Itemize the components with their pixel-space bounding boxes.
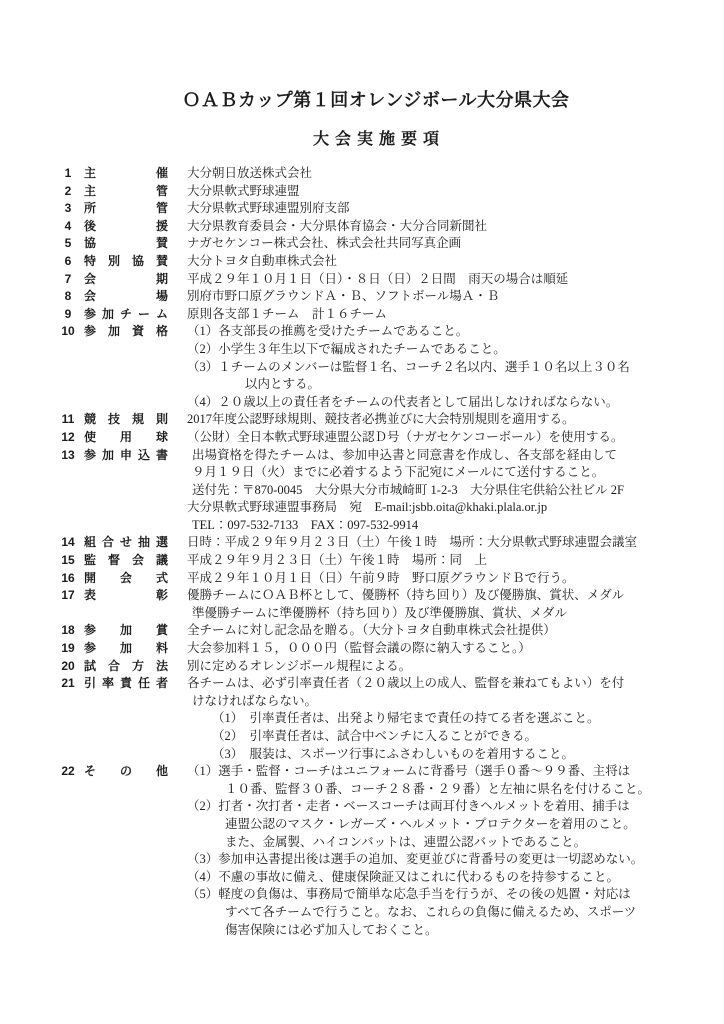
item-number: 6: [56, 253, 80, 271]
item-label: 開会式: [84, 570, 168, 588]
item-number: 3: [56, 200, 80, 218]
item-row: 8会場別府市野口原グラウンドＡ・Ｂ、ソフトボール場Ａ・Ｂ: [56, 288, 696, 306]
item-row: 3所管大分県軟式野球連盟別府支部: [56, 200, 696, 218]
item-text-line: 別に定めるオレンジボール規程による。: [187, 658, 411, 676]
item-number: 22: [56, 763, 80, 781]
item-continuation-row: ９月１９日（火）までに必着するよう下記宛にメールにて送付すること。: [56, 464, 696, 482]
item-continuation-row: （3） 服装は、スポーツ行事にふさわしいものを着用すること。: [56, 746, 696, 764]
item-text-line: TEL：097-532-7133 FAX：097-532-9914: [187, 517, 418, 535]
item-text-line: また、金属製、ハイコンバットは、連盟公認バットであること。: [187, 834, 586, 852]
item-number: 5: [56, 235, 80, 253]
item-text-line: 大分県軟式野球連盟別府支部: [187, 200, 350, 218]
item-text-line: １０番、監督３０番、コーチ２８番・２９番）と左袖に県名を付けること。: [187, 781, 650, 799]
item-label: 会期: [84, 271, 168, 289]
document-page: ＯＡＢカップ第１回オレンジボール大分県大会 大会実施要項 1主催大分朝日放送株式…: [0, 0, 724, 1024]
item-row: 19参加料大会参加料１５，０００円（監督会議の際に納入すること。）: [56, 640, 696, 658]
item-text-line: （3） 服装は、スポーツ行事にふさわしいものを着用すること。: [187, 746, 574, 764]
item-text-line: 連盟公認のマスク・レガーズ・ヘルメット・プロテクターを着用のこと。: [187, 816, 636, 834]
item-text-line: （4）不慮の事故に備え、健康保険証又はこれに代わるものを持参すること。: [187, 869, 619, 887]
item-text-line: 傷害保険には必ず加入しておくこと。: [187, 922, 438, 940]
item-continuation-row: 以内とする。: [56, 376, 696, 394]
item-text-line: （2）打者・次打者・走者・ベースコーチは両耳付きヘルメットを着用、捕手は: [187, 798, 630, 816]
item-text-line: （3）１チームのメンバーは監督１名、コーチ２名以内、選手１０名以上３０名: [187, 359, 630, 377]
item-number: 11: [56, 411, 80, 429]
item-continuation-row: TEL：097-532-7133 FAX：097-532-9914: [56, 517, 696, 535]
item-label: 試合方法: [84, 658, 168, 676]
item-text-line: （5）軽度の負傷は、事務局で簡単な応急手当を行うが、その後の処置・対応は: [187, 886, 631, 904]
item-continuation-row: （5）軽度の負傷は、事務局で簡単な応急手当を行うが、その後の処置・対応は: [56, 886, 696, 904]
item-text-line: すべて各チームで行うこと。なお、これらの負傷に備えるため、スポーツ: [187, 904, 636, 922]
item-label: 使用球: [84, 429, 168, 447]
item-text-line: 平成２９年１０月１日（日）・８日（日）２日間 雨天の場合は順延: [187, 271, 568, 289]
item-continuation-row: （4）２０歳以上の責任者をチームの代表者として届出しなければならない。: [56, 394, 696, 412]
item-continuation-row: （2）小学生３年生以下で編成されたチームであること。: [56, 341, 696, 359]
item-number: 20: [56, 658, 80, 676]
item-row: 2主管大分県軟式野球連盟: [56, 183, 696, 201]
item-row: 21引率責任者各チームは、必ず引率責任者（２０歳以上の成人、監督を兼ねてもよい）…: [56, 675, 696, 693]
item-row: 13参加申込書出場資格を得たチームは、参加申込書と同意書を作成し、各支部を経由し…: [56, 447, 696, 465]
item-text-line: 大分県軟式野球連盟: [187, 183, 300, 201]
item-text-line: 別府市野口原グラウンドＡ・Ｂ、ソフトボール場Ａ・Ｂ: [187, 288, 499, 306]
item-text-line: 優勝チームにＯＡＢ杯として、優勝杯（持ち回り）及び優勝旗、賞状、メダル: [187, 587, 624, 605]
item-text-line: 日時：平成２９年９月２３日（土）午後１時 場所：大分県軟式野球連盟会議室: [187, 534, 637, 552]
item-continuation-row: 準優勝チームに準優勝杯（持ち回り）及び準優勝旗、賞状、メダル: [56, 605, 696, 623]
item-continuation-row: （4）不慮の事故に備え、健康保険証又はこれに代わるものを持参すること。: [56, 869, 696, 887]
item-text-line: （公財）全日本軟式野球連盟公認Ｄ号（ナガセケンコーボール）を使用する。: [187, 429, 623, 447]
item-number: 10: [56, 323, 80, 341]
document-title: ＯＡＢカップ第１回オレンジボール大分県大会: [56, 90, 696, 110]
item-continuation-row: （1） 引率責任者は、出発より帰宅まで責任の持てる者を選ぶこと。: [56, 710, 696, 728]
item-text-line: 大分トヨタ自動車株式会社: [187, 253, 337, 271]
item-text-line: 平成２９年９月２３日（土）午後１時 場所：同 上: [187, 552, 487, 570]
item-number: 7: [56, 271, 80, 289]
item-text-line: ９月１９日（火）までに必着するよう下記宛にメールにて送付すること。: [187, 464, 604, 482]
item-row: 10参加資格（1）各支部長の推薦を受けたチームであること。: [56, 323, 696, 341]
item-continuation-row: （2）打者・次打者・走者・ベースコーチは両耳付きヘルメットを着用、捕手は: [56, 798, 696, 816]
item-number: 17: [56, 587, 80, 605]
item-row: 14組合せ抽選日時：平成２９年９月２３日（土）午後１時 場所：大分県軟式野球連盟…: [56, 534, 696, 552]
item-continuation-row: （3）１チームのメンバーは監督１名、コーチ２名以内、選手１０名以上３０名: [56, 359, 696, 377]
item-text-line: 出場資格を得たチームは、参加申込書と同意書を作成し、各支部を経由して: [187, 447, 617, 465]
item-text-line: 大分県軟式野球連盟事務局 宛 E-mail:jsbb.oita@khaki.pl…: [187, 499, 547, 517]
item-text-line: （2）小学生３年生以下で編成されたチームであること。: [187, 341, 506, 359]
item-row: 5協賛ナガセケンコー株式会社、株式会社共同写真企画: [56, 235, 696, 253]
item-label: 参加賞: [84, 622, 168, 640]
item-continuation-row: 送付先：〒870-0045 大分県大分市城崎町 1-2-3 大分県住宅供給公社ビ…: [56, 482, 696, 500]
item-number: 4: [56, 218, 80, 236]
document-subtitle: 大会実施要項: [56, 131, 696, 148]
item-number: 13: [56, 447, 80, 465]
item-row: 7会期平成２９年１０月１日（日）・８日（日）２日間 雨天の場合は順延: [56, 271, 696, 289]
item-label: 監督会議: [84, 552, 168, 570]
item-row: 6特別協賛大分トヨタ自動車株式会社: [56, 253, 696, 271]
item-label: 主管: [84, 183, 168, 201]
item-row: 22その他（1）選手・監督・コーチはユニフォームに背番号（選手０番～９９番、主将…: [56, 763, 696, 781]
item-text-line: 準優勝チームに準優勝杯（持ち回り）及び準優勝旗、賞状、メダル: [187, 605, 567, 623]
item-text-line: ナガセケンコー株式会社、株式会社共同写真企画: [187, 235, 461, 253]
item-text-line: （4）２０歳以上の責任者をチームの代表者として届出しなければならない。: [187, 394, 618, 412]
item-row: 16開会式平成２９年１０月１日（日）午前９時 野口原グラウンドＢで行う。: [56, 570, 696, 588]
item-label: 協賛: [84, 235, 168, 253]
item-text-line: 送付先：〒870-0045 大分県大分市城崎町 1-2-3 大分県住宅供給公社ビ…: [187, 482, 624, 500]
item-row: 17表彰優勝チームにＯＡＢ杯として、優勝杯（持ち回り）及び優勝旗、賞状、メダル: [56, 587, 696, 605]
item-label: 参加資格: [84, 323, 168, 341]
item-label: 引率責任者: [84, 675, 168, 693]
item-number: 15: [56, 552, 80, 570]
item-continuation-row: すべて各チームで行うこと。なお、これらの負傷に備えるため、スポーツ: [56, 904, 696, 922]
item-label: 後援: [84, 218, 168, 236]
item-label: 参加料: [84, 640, 168, 658]
item-continuation-row: また、金属製、ハイコンバットは、連盟公認バットであること。: [56, 834, 696, 852]
item-number: 1: [56, 165, 80, 183]
item-continuation-row: （3）参加申込書提出後は選手の追加、変更並びに背番号の変更は一切認めない。: [56, 851, 696, 869]
item-text-line: 平成２９年１０月１日（日）午前９時 野口原グラウンドＢで行う。: [187, 570, 575, 588]
item-row: 1主催大分朝日放送株式会社: [56, 165, 696, 183]
item-text-line: （1）各支部長の推薦を受けたチームであること。: [187, 323, 468, 341]
item-label: 主催: [84, 165, 168, 183]
item-row: 15監督会議平成２９年９月２３日（土）午後１時 場所：同 上: [56, 552, 696, 570]
item-continuation-row: けなければならない。: [56, 693, 696, 711]
item-number: 2: [56, 183, 80, 201]
item-continuation-row: 連盟公認のマスク・レガーズ・ヘルメット・プロテクターを着用のこと。: [56, 816, 696, 834]
item-number: 8: [56, 288, 80, 306]
item-label: 表彰: [84, 587, 168, 605]
item-label: 参加申込書: [84, 447, 168, 465]
item-label: 会場: [84, 288, 168, 306]
items-list: 1主催大分朝日放送株式会社2主管大分県軟式野球連盟3所管大分県軟式野球連盟別府支…: [56, 165, 696, 939]
item-text-line: 全チームに対し記念品を贈る。（大分トヨタ自動車株式会社提供）: [187, 622, 556, 640]
item-row: 4後援大分県教育委員会・大分県体育協会・大分合同新聞社: [56, 218, 696, 236]
item-row: 20試合方法別に定めるオレンジボール規程による。: [56, 658, 696, 676]
item-text-line: 大会参加料１５，０００円（監督会議の際に納入すること。）: [187, 640, 531, 658]
item-text-line: （1）選手・監督・コーチはユニフォームに背番号（選手０番～９９番、主将は: [187, 763, 630, 781]
item-number: 21: [56, 675, 80, 693]
item-number: 16: [56, 570, 80, 588]
item-text-line: 原則各支部１チーム 計１６チーム: [187, 306, 387, 324]
item-label: 参加チーム: [84, 306, 168, 324]
item-continuation-row: １０番、監督３０番、コーチ２８番・２９番）と左袖に県名を付けること。: [56, 781, 696, 799]
item-text-line: 2017年度公認野球規則、競技者必携並びに大会特別規則を適用する。: [187, 411, 575, 429]
item-row: 9参加チーム原則各支部１チーム 計１６チーム: [56, 306, 696, 324]
item-text-line: 大分朝日放送株式会社: [187, 165, 312, 183]
item-text-line: 以内とする。: [187, 376, 320, 394]
item-text-line: （3）参加申込書提出後は選手の追加、変更並びに背番号の変更は一切認めない。: [187, 851, 643, 869]
item-number: 18: [56, 622, 80, 640]
item-row: 12使用球（公財）全日本軟式野球連盟公認Ｄ号（ナガセケンコーボール）を使用する。: [56, 429, 696, 447]
item-text-line: （2） 引率責任者は、試合中ベンチに入ることができる。: [187, 728, 537, 746]
item-continuation-row: 傷害保険には必ず加入しておくこと。: [56, 922, 696, 940]
item-text-line: 各チームは、必ず引率責任者（２０歳以上の成人、監督を兼ねてもよい）を付: [187, 675, 624, 693]
item-number: 19: [56, 640, 80, 658]
item-number: 14: [56, 534, 80, 552]
item-label: 競技規則: [84, 411, 168, 429]
item-label: 特別協賛: [84, 253, 168, 271]
item-label: 所管: [84, 200, 168, 218]
item-continuation-row: 大分県軟式野球連盟事務局 宛 E-mail:jsbb.oita@khaki.pl…: [56, 499, 696, 517]
item-number: 9: [56, 306, 80, 324]
item-row: 11競技規則2017年度公認野球規則、競技者必携並びに大会特別規則を適用する。: [56, 411, 696, 429]
item-text-line: 大分県教育委員会・大分県体育協会・大分合同新聞社: [187, 218, 487, 236]
item-text-line: （1） 引率責任者は、出発より帰宅まで責任の持てる者を選ぶこと。: [187, 710, 600, 728]
item-row: 18参加賞全チームに対し記念品を贈る。（大分トヨタ自動車株式会社提供）: [56, 622, 696, 640]
item-continuation-row: （2） 引率責任者は、試合中ベンチに入ることができる。: [56, 728, 696, 746]
item-label: 組合せ抽選: [84, 534, 168, 552]
item-number: 12: [56, 429, 80, 447]
item-label: その他: [84, 763, 168, 781]
item-text-line: けなければならない。: [187, 693, 317, 711]
